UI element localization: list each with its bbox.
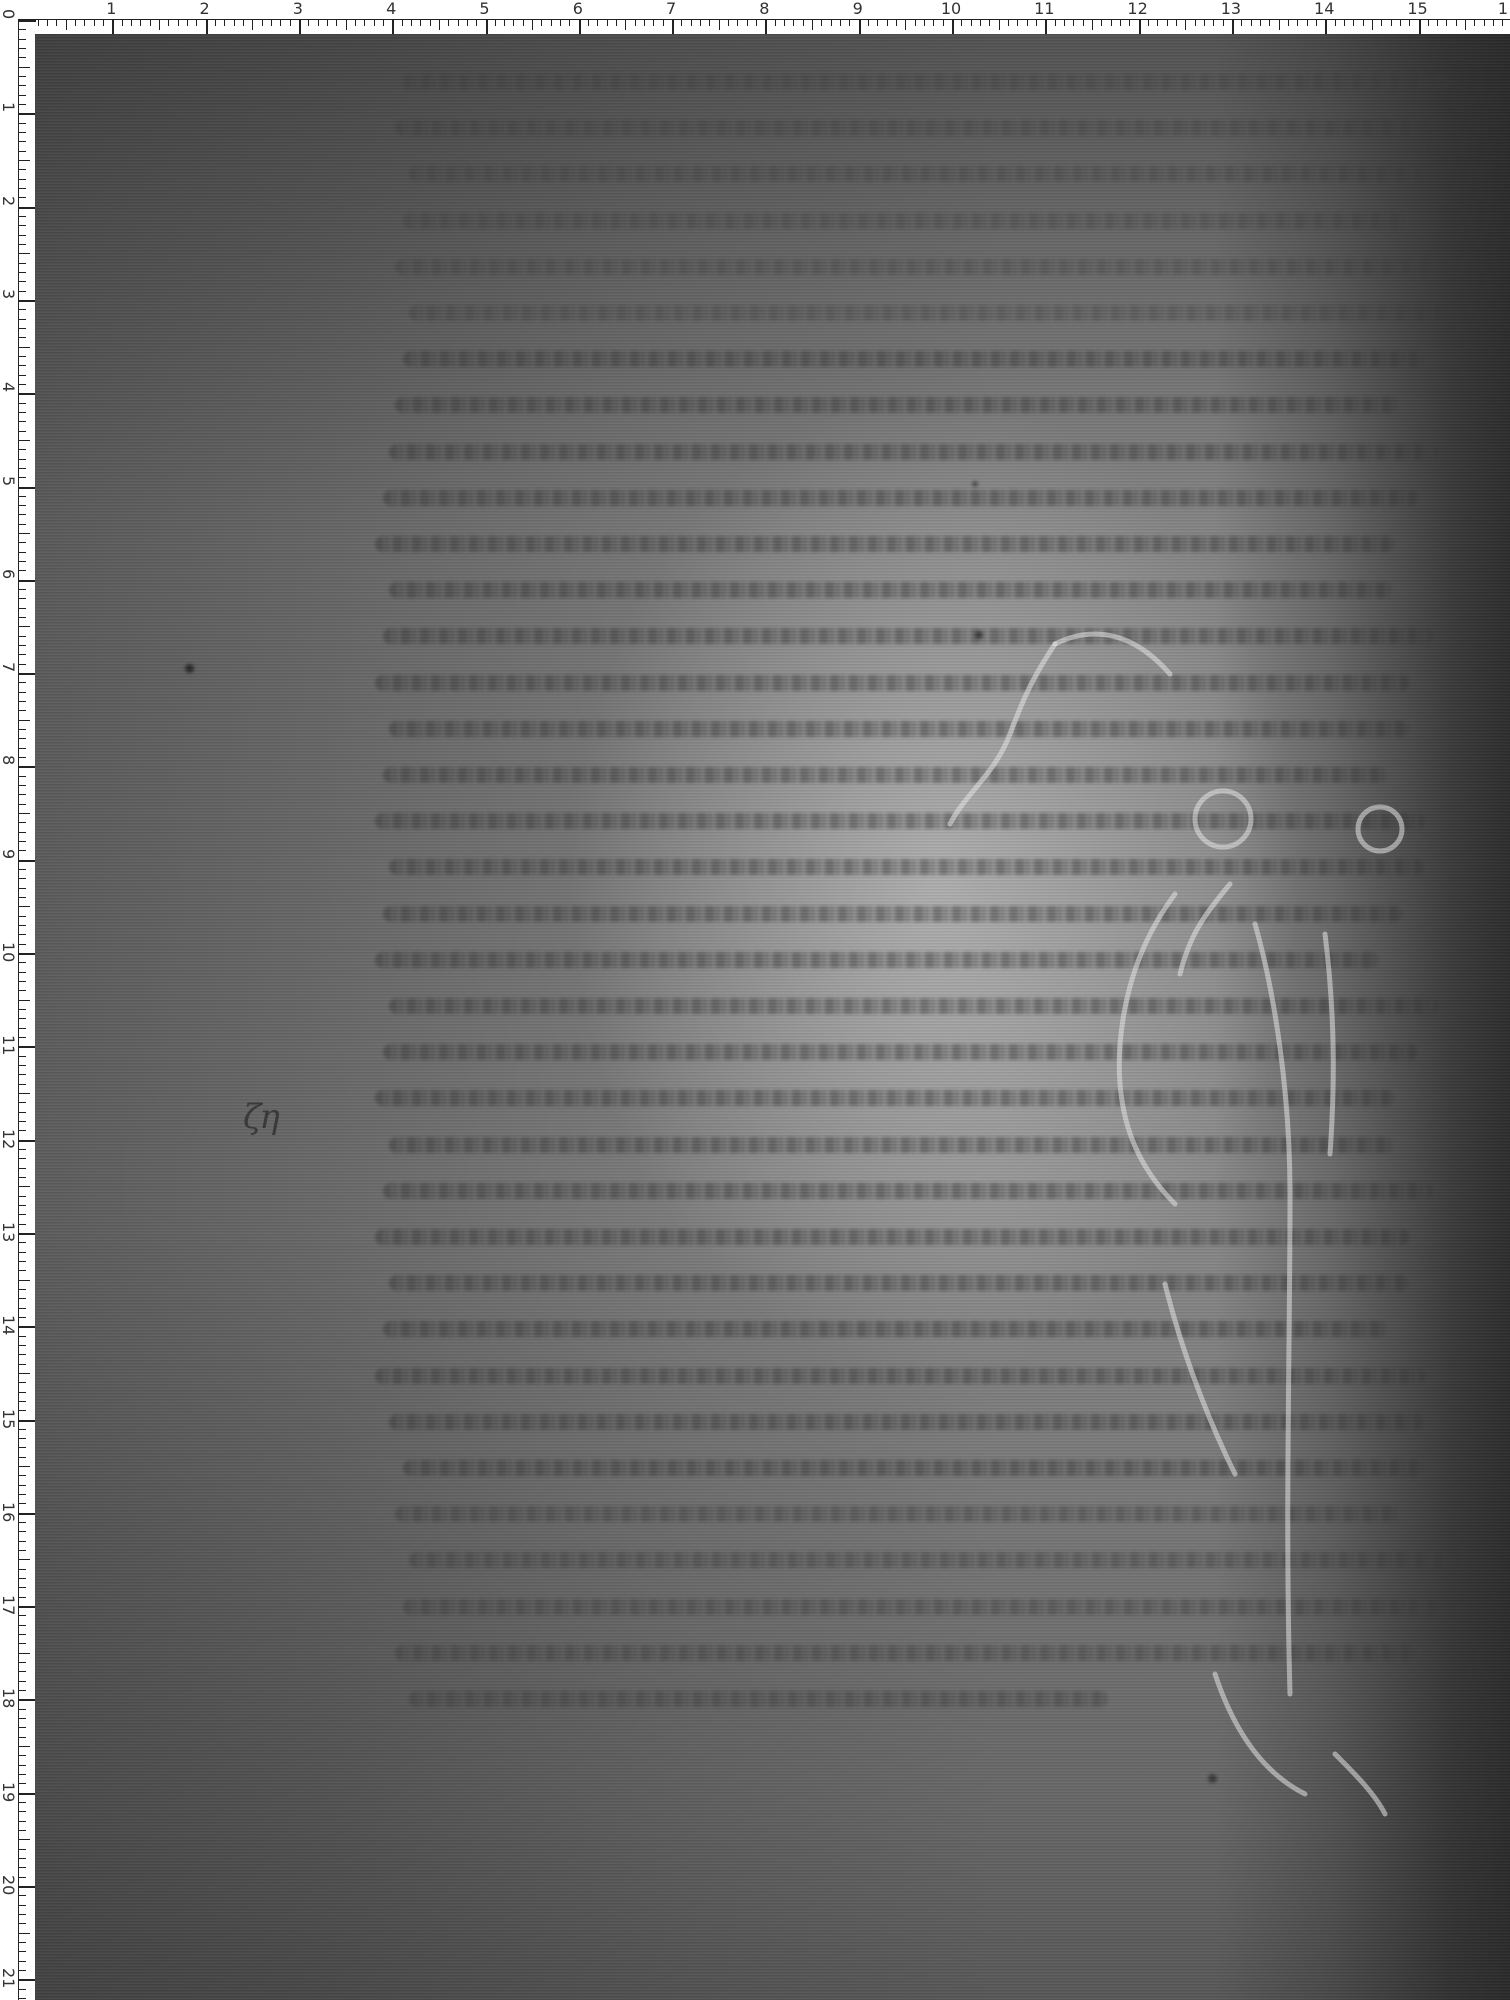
ruler-tick (1213, 20, 1214, 26)
ruler-tick (19, 1401, 26, 1402)
ruler-tick (784, 20, 785, 26)
ruler-tick (439, 20, 440, 30)
ruler-tick (19, 1989, 26, 1990)
ruler-tick (280, 20, 281, 26)
ruler-tick (19, 1354, 26, 1355)
ruler-tick (19, 1438, 26, 1439)
ruler-tick (19, 1970, 26, 1971)
ruler-tick (19, 1140, 36, 1142)
ruler-tick (961, 20, 962, 26)
ruler-tick (1017, 20, 1018, 26)
ruler-tick (19, 1905, 26, 1906)
ruler-tick (19, 1224, 26, 1225)
ruler-tick (19, 654, 26, 655)
ruler-tick (168, 20, 169, 26)
ruler-tick (793, 20, 794, 26)
ruler-tick (19, 1149, 26, 1150)
ruler-tick (19, 1177, 26, 1178)
ruler-tick (19, 972, 26, 973)
ruler-tick (1045, 20, 1047, 35)
ruler-tick (19, 1065, 26, 1066)
ruler-tick (19, 1709, 26, 1710)
ruler-tick (989, 20, 990, 26)
ruler-tick (1474, 20, 1475, 26)
ruler-tick (19, 76, 26, 77)
ruler-tick (1335, 20, 1336, 26)
ruler-tick (1269, 20, 1270, 26)
ruler-tick (803, 20, 804, 26)
ruler-tick (19, 179, 26, 180)
ruler-tick (1297, 20, 1298, 26)
ruler-tick (392, 20, 394, 35)
ruler-tick (94, 20, 95, 26)
ruler-tick (19, 552, 26, 553)
ruler-tick (19, 1634, 26, 1635)
ruler-tick (290, 20, 291, 26)
ruler-tick (19, 1671, 26, 1672)
ruler-tick (569, 20, 570, 26)
ruler-tick (19, 1914, 26, 1915)
ruler-tick (1167, 20, 1168, 26)
ruler-tick (19, 916, 26, 917)
ruler-tick (1157, 20, 1158, 26)
ruler-tick (19, 1998, 26, 1999)
ruler-tick (19, 1923, 26, 1924)
ruler-tick (19, 990, 26, 991)
ruler-tick (1232, 20, 1234, 35)
ruler-tick (1241, 20, 1242, 26)
ruler-tick (19, 1541, 26, 1542)
ruler-tick (19, 300, 36, 302)
ruler-tick (19, 39, 26, 40)
ruler-tick (1409, 20, 1410, 26)
ruler-tick (1325, 20, 1327, 35)
ruler-tick (19, 1429, 26, 1430)
ruler-tick (1502, 20, 1503, 26)
ruler-tick (1484, 20, 1485, 26)
ruler-tick (19, 1326, 36, 1328)
left-ruler-scale (18, 19, 36, 2000)
ruler-tick (663, 20, 664, 26)
ruler-tick (19, 757, 26, 758)
ruler-tick (915, 20, 916, 26)
ruler-tick (19, 1951, 26, 1952)
ruler-tick (19, 813, 30, 814)
ruler-tick (19, 477, 26, 478)
ruler-label: 0 (0, 9, 17, 29)
ruler-tick (19, 608, 26, 609)
ruler-tick (19, 850, 26, 851)
ruler-tick (131, 20, 132, 26)
ruler-label: 12 (1127, 0, 1147, 18)
ruler-tick (402, 20, 403, 26)
ruler-tick (19, 692, 26, 693)
ruler-tick (19, 1392, 26, 1393)
ruler-tick (19, 365, 26, 366)
ruler-tick (1101, 20, 1102, 26)
ruler-tick (19, 514, 26, 515)
ruler-tick (19, 1895, 26, 1896)
ruler-tick (19, 897, 26, 898)
ruler-label: 20 (0, 1875, 17, 1895)
ruler-tick (19, 20, 36, 22)
ruler-tick (75, 20, 76, 26)
ruler-tick (1437, 20, 1438, 26)
ruler-tick (19, 1821, 26, 1822)
ruler-tick (19, 141, 26, 142)
ruler-tick (19, 1242, 26, 1243)
ruler-tick (1036, 20, 1037, 26)
ruler-tick (187, 20, 188, 26)
ruler-tick (1223, 20, 1224, 26)
ruler-tick (19, 1056, 26, 1057)
ruler-tick (19, 1317, 26, 1318)
ruler-tick (19, 1298, 26, 1299)
ruler-label: 9 (0, 849, 17, 869)
ruler-tick (19, 738, 26, 739)
ruler-tick (1148, 20, 1149, 26)
ruler-tick (19, 319, 26, 320)
ruler-tick (1008, 20, 1009, 26)
ruler-label: 19 (0, 1782, 17, 1802)
ruler-tick (103, 20, 104, 26)
ruler-tick (19, 487, 36, 489)
ruler-tick (19, 1802, 26, 1803)
ruler-tick (56, 20, 57, 26)
ruler-tick (19, 1018, 26, 1019)
ruler-tick (1493, 20, 1494, 26)
ruler-tick (1456, 20, 1457, 26)
ruler-tick (933, 20, 934, 26)
ruler-tick (364, 20, 365, 26)
ruler-tick (19, 1280, 30, 1281)
ruler-tick (19, 1420, 36, 1422)
ruler-tick (19, 1233, 36, 1235)
ruler-tick (999, 20, 1000, 30)
ruler-tick (346, 20, 347, 30)
ruler-tick (19, 1793, 36, 1795)
ruler-tick (19, 1643, 26, 1644)
ruler-tick (19, 841, 26, 842)
ruler-tick (19, 85, 26, 86)
scan-line-texture (35, 34, 1510, 2000)
ruler-tick (1092, 20, 1093, 30)
ruler-tick (1381, 20, 1382, 26)
ruler-label: 8 (0, 755, 17, 775)
ruler-label: 2 (0, 196, 17, 216)
ruler-tick (19, 1494, 26, 1495)
ruler-tick (19, 925, 26, 926)
ruler-label: 11 (1034, 0, 1054, 18)
ruler-tick (19, 794, 26, 795)
ruler-label: 13 (0, 1222, 17, 1242)
ruler-tick (19, 1737, 26, 1738)
ruler-tick (19, 1699, 36, 1701)
ruler-tick (243, 20, 244, 26)
ruler-tick (19, 934, 26, 935)
ruler-tick (420, 20, 421, 26)
ruler-tick (19, 860, 36, 862)
ruler-tick (19, 57, 26, 58)
ruler-tick (1129, 20, 1130, 26)
ruler-tick (681, 20, 682, 26)
ruler-tick (19, 496, 26, 497)
ruler-tick (700, 20, 701, 26)
ruler-tick (19, 1214, 26, 1215)
ruler-tick (374, 20, 375, 26)
ruler-tick (1307, 20, 1308, 26)
ruler-tick (448, 20, 449, 26)
ruler-tick (19, 1569, 26, 1570)
ruler-label: 1 (106, 0, 116, 18)
ruler-tick (1055, 20, 1056, 26)
ruler-tick (47, 20, 48, 26)
ruler-tick (19, 1121, 26, 1122)
ruler-tick (1027, 20, 1028, 26)
ruler-tick (877, 20, 878, 26)
ruler-tick (19, 1000, 30, 1001)
ruler-tick (19, 1308, 26, 1309)
ruler-tick (19, 1382, 26, 1383)
ruler-tick (19, 440, 30, 441)
ruler-tick (19, 1849, 26, 1850)
ruler-tick (19, 1746, 30, 1747)
ruler-tick (812, 20, 813, 30)
ruler-tick (19, 1550, 26, 1551)
ruler-tick (19, 1886, 36, 1888)
ruler-tick (19, 29, 26, 30)
ruler-tick (19, 1093, 30, 1094)
ruler-tick (19, 207, 36, 209)
ruler-label: 6 (573, 0, 583, 18)
ruler-tick (19, 533, 30, 534)
ruler-tick (19, 216, 26, 217)
ruler-label: 16 (0, 1502, 17, 1522)
ruler-tick (756, 20, 757, 26)
ruler-tick (19, 1765, 26, 1766)
ruler-tick (336, 20, 337, 26)
ruler-tick (234, 20, 235, 26)
ruler-tick (1251, 20, 1252, 26)
ruler-tick (19, 1755, 26, 1756)
ruler-tick (1064, 20, 1065, 26)
ruler-tick (625, 20, 626, 30)
ruler-tick (19, 272, 26, 273)
ruler-tick (849, 20, 850, 26)
ruler-tick (19, 356, 26, 357)
ruler-label: 3 (0, 289, 17, 309)
ruler-tick (19, 1373, 30, 1374)
ruler-tick (19, 1009, 26, 1010)
ruler-tick (19, 1102, 26, 1103)
ruler-tick (644, 20, 645, 26)
ruler-tick (19, 1727, 26, 1728)
ruler-tick (19, 804, 26, 805)
ruler-tick (19, 1653, 30, 1654)
ruler-tick (19, 1364, 26, 1365)
ruler-tick (66, 20, 67, 30)
ruler-tick (19, 309, 26, 310)
ruler-tick (19, 1559, 30, 1560)
ruler-tick (262, 20, 263, 26)
ruler-tick (831, 20, 832, 26)
ruler-tick (19, 1933, 30, 1934)
ruler-tick (19, 580, 36, 582)
ruler-tick (19, 626, 30, 627)
ruler-tick (19, 888, 26, 889)
ruler-label: 15 (1407, 0, 1427, 18)
ruler-tick (495, 20, 496, 26)
ruler-tick (1288, 20, 1289, 26)
ruler-tick (19, 1942, 26, 1943)
ruler-tick (19, 225, 26, 226)
ruler-tick (19, 1867, 26, 1868)
ruler-label: 14 (0, 1315, 17, 1335)
ruler-label: 7 (666, 0, 676, 18)
ruler-tick (178, 20, 179, 26)
ruler-tick (541, 20, 542, 26)
ruler-tick (19, 1961, 26, 1962)
ruler-tick (691, 20, 692, 26)
ruler-tick (150, 20, 151, 26)
ruler-tick (159, 20, 160, 30)
ruler-tick (19, 1037, 26, 1038)
ruler-tick (19, 1578, 26, 1579)
ruler-label: 13 (1221, 0, 1241, 18)
ruler-tick (19, 337, 26, 338)
ruler-tick (1428, 20, 1429, 26)
ruler-tick (19, 1531, 26, 1532)
ruler-tick (1316, 20, 1317, 26)
ruler-tick (19, 1979, 36, 1981)
ruler-label: 5 (479, 0, 489, 18)
ruler-tick (476, 20, 477, 26)
ruler-tick (19, 347, 30, 348)
ruler-tick (19, 1112, 26, 1113)
ruler-tick (19, 281, 26, 282)
ruler-tick (19, 244, 26, 245)
ruler-tick (905, 20, 906, 30)
ruler-tick (19, 645, 26, 646)
left-ruler: 0123456789101112131415161718192021 (0, 0, 35, 2000)
ruler-tick (430, 20, 431, 26)
ruler-tick (19, 328, 26, 329)
ruler-tick (19, 113, 36, 115)
ruler-tick (19, 235, 26, 236)
ruler-tick (19, 570, 26, 571)
ruler-tick (19, 832, 26, 833)
ruler-tick (308, 20, 309, 26)
ruler-label: 1 (1498, 0, 1508, 18)
ruler-tick (19, 505, 26, 506)
ruler-tick (19, 1681, 26, 1682)
ruler-tick (821, 20, 822, 26)
ruler-tick (1195, 20, 1196, 26)
ruler-tick (19, 561, 26, 562)
ruler-tick (551, 20, 552, 26)
ruler-label: 10 (0, 942, 17, 962)
ruler-tick (19, 617, 26, 618)
ruler-tick (19, 1606, 36, 1608)
ruler-tick (458, 20, 459, 26)
ruler-tick (19, 1783, 26, 1784)
ruler-tick (19, 169, 26, 170)
manuscript-scan (35, 34, 1510, 2000)
ruler-label: 11 (0, 1035, 17, 1055)
ruler-tick (1391, 20, 1392, 26)
ruler-tick (19, 869, 26, 870)
ruler-tick (19, 1690, 26, 1691)
ruler-tick (19, 1252, 26, 1253)
ruler-tick (19, 1046, 36, 1048)
ruler-tick (486, 20, 488, 35)
ruler-tick (19, 598, 26, 599)
ruler-tick (19, 403, 26, 404)
ruler-tick (924, 20, 925, 26)
ruler-tick (775, 20, 776, 26)
ruler-tick (1465, 20, 1466, 30)
ruler-tick (19, 1615, 26, 1616)
ruler-label: 10 (941, 0, 961, 18)
ruler-tick (19, 197, 26, 198)
ruler-label: 18 (0, 1688, 17, 1708)
ruler-tick (19, 1662, 26, 1663)
ruler-tick (19, 1345, 26, 1346)
ruler-tick (467, 20, 468, 26)
ruler-tick (19, 1196, 26, 1197)
ruler-tick (980, 20, 981, 26)
ruler-tick (19, 291, 26, 292)
ruler-tick (523, 20, 524, 26)
ruler-tick (19, 822, 26, 823)
ruler-tick (19, 421, 26, 422)
ruler-tick (19, 664, 26, 665)
ruler-tick (19, 1774, 26, 1775)
ruler-label: 6 (0, 569, 17, 589)
ruler-tick (327, 20, 328, 26)
ruler-tick (728, 20, 729, 26)
ruler-tick (19, 431, 26, 432)
ruler-tick (19, 384, 26, 385)
ruler-tick (840, 20, 841, 26)
ruler-tick (140, 20, 141, 26)
ruler-tick (19, 459, 26, 460)
ruler-tick (19, 589, 26, 590)
ruler-tick (971, 20, 972, 26)
ruler-tick (19, 1475, 26, 1476)
ruler-tick (224, 20, 225, 26)
ruler-tick (1083, 20, 1084, 26)
ruler-tick (579, 20, 581, 35)
ruler-tick (19, 636, 26, 637)
ruler-tick (19, 1158, 26, 1159)
ruler-tick (19, 412, 26, 413)
ruler-tick (19, 1513, 36, 1515)
ruler-tick (19, 720, 30, 721)
ruler-tick (19, 468, 26, 469)
ruler-label: 4 (386, 0, 396, 18)
ruler-tick (607, 20, 608, 26)
top-ruler-scale (18, 19, 1510, 35)
ruler-tick (19, 1839, 30, 1840)
ruler-tick (19, 682, 26, 683)
ruler-tick (747, 20, 748, 26)
ruler-tick (1344, 20, 1345, 26)
ruler-tick (1120, 20, 1121, 26)
ruler-tick (532, 20, 533, 30)
ruler-tick (19, 263, 26, 264)
ruler-tick (1111, 20, 1112, 26)
